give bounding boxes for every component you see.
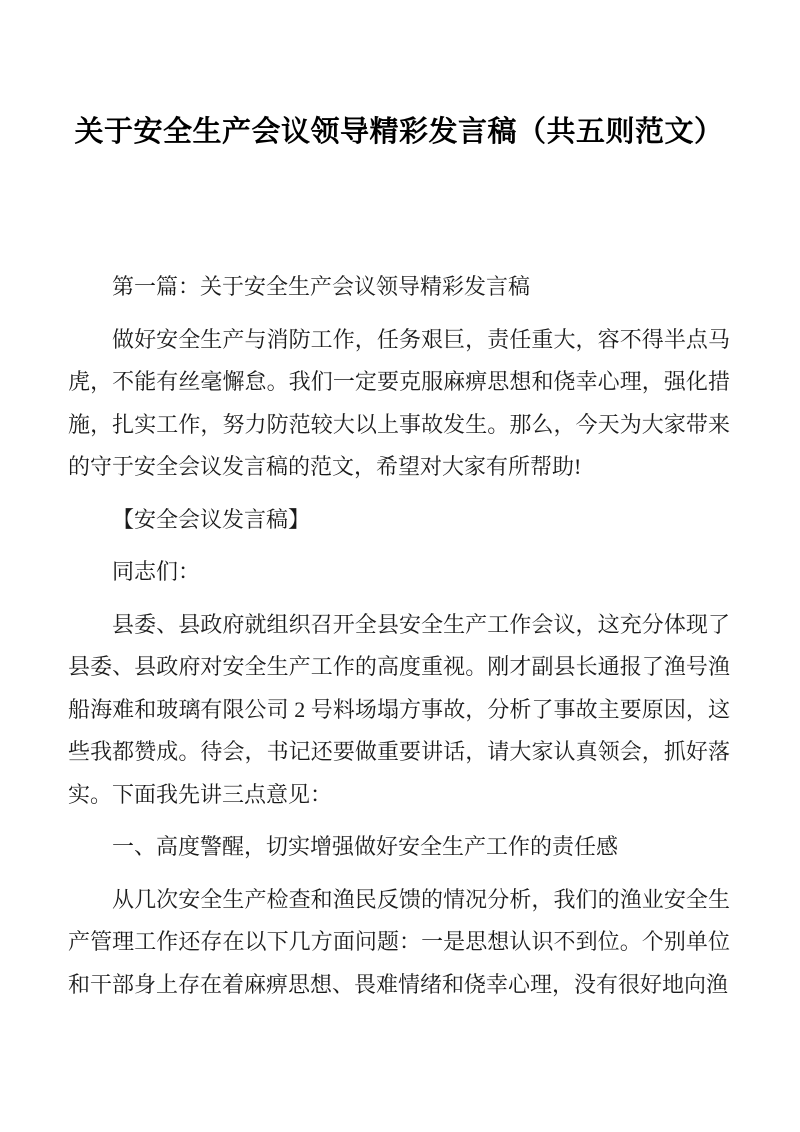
paragraph-section-heading: 第一篇：关于安全生产会议领导精彩发言稿 bbox=[68, 266, 730, 309]
paragraph-salutation: 同志们： bbox=[68, 551, 730, 594]
document-title: 关于安全生产会议领导精彩发言稿（共五则范文） bbox=[68, 112, 730, 152]
paragraph-point-one-heading: 一、高度警醒，切实增强做好安全生产工作的责任感 bbox=[68, 826, 730, 869]
paragraph-bracket-heading: 【安全会议发言稿】 bbox=[68, 499, 730, 542]
paragraph-body: 县委、县政府就组织召开全县安全生产工作会议，这充分体现了县委、县政府对安全生产工… bbox=[68, 604, 730, 817]
document-page: 关于安全生产会议领导精彩发言稿（共五则范文） 第一篇：关于安全生产会议领导精彩发… bbox=[0, 0, 800, 1132]
paragraph-intro: 做好安全生产与消防工作，任务艰巨，责任重大，容不得半点马虎，不能有丝毫懈怠。我们… bbox=[68, 319, 730, 489]
paragraph-body-truncated: 从几次安全生产检查和渔民反馈的情况分析，我们的渔业安全生产管理工作还存在以下几方… bbox=[68, 879, 730, 1007]
